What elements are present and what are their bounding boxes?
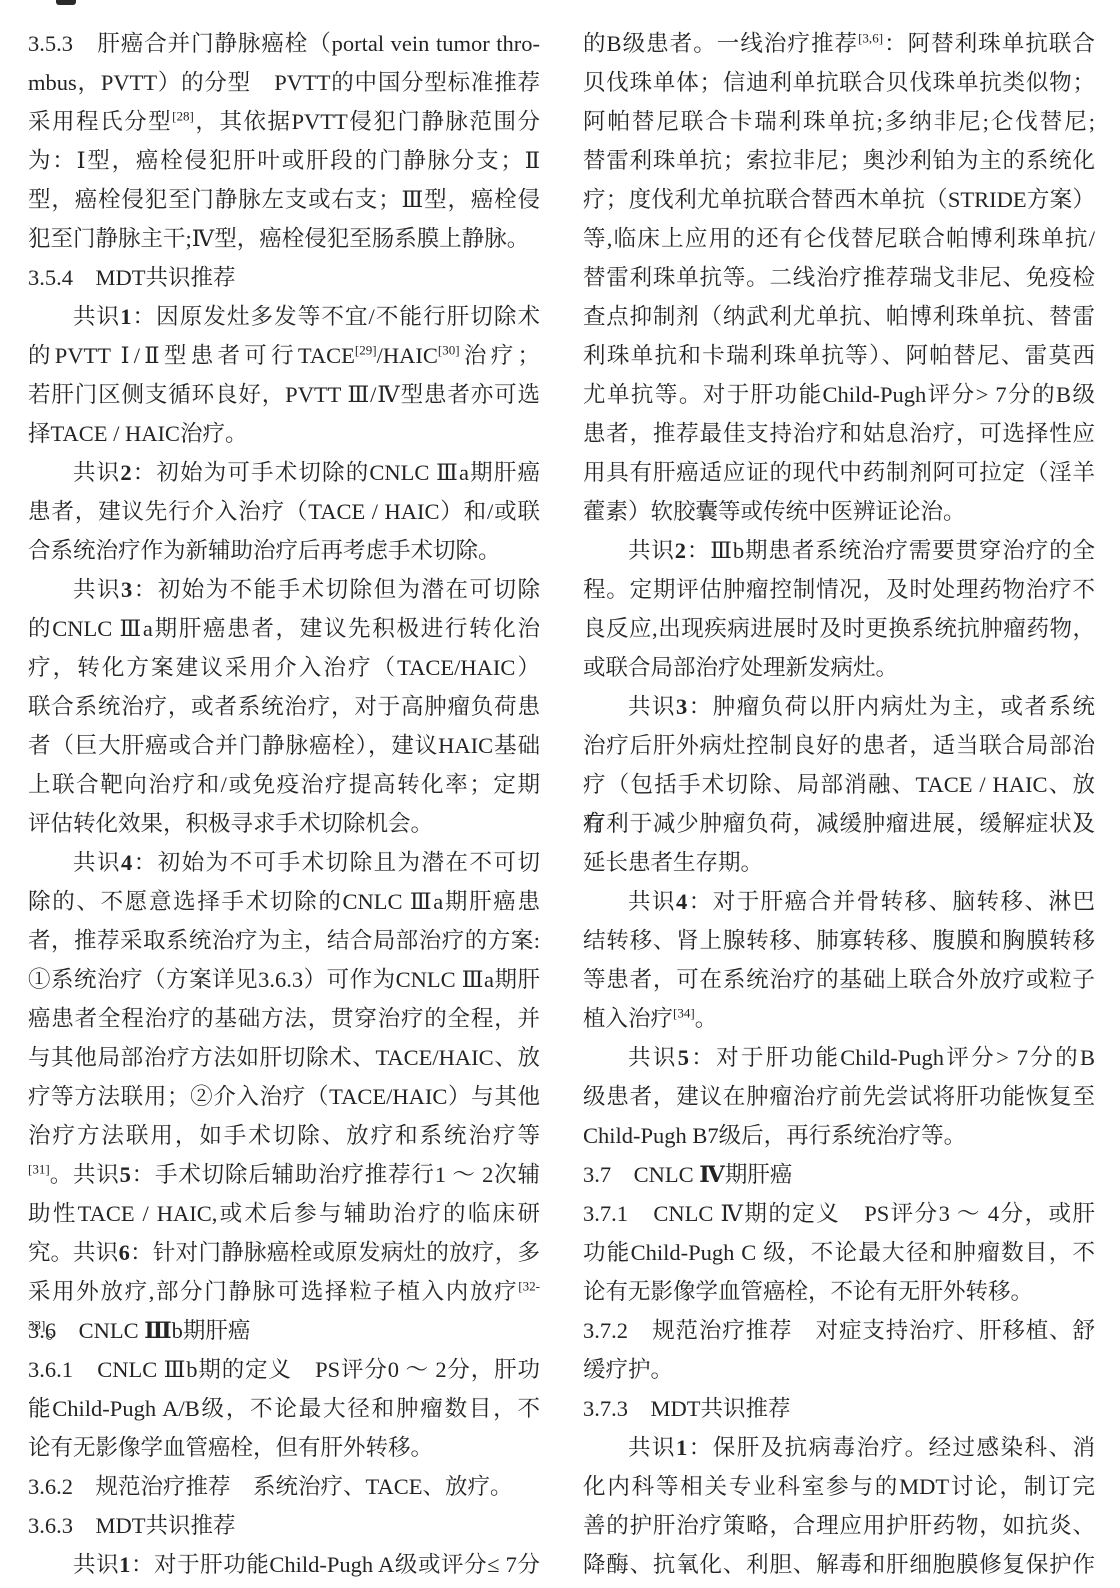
text-line: ①系统治疗（方案详见3.6.3）可作为CNLC Ⅲa期肝 [28, 960, 540, 999]
text-line: 疗；度伐利尤单抗联合替西木单抗（STRIDE方案） [583, 180, 1095, 219]
text-line: 的CNLC Ⅲa期肝癌患者，建议先积极进行转化治 [28, 609, 540, 648]
text-line: 疗等方法联用；②介入治疗（TACE/HAIC）与其他 [28, 1077, 540, 1116]
section-heading-line: 3.5.3 肝癌合并门静脉癌栓（portal vein tumor thro- [28, 24, 540, 63]
document-page: 3.5.3 肝癌合并门静脉癌栓（portal vein tumor thro-m… [0, 0, 1120, 1588]
text-line: 的PVTT Ⅰ/Ⅱ型患者可行TACE[29]/HAIC[30]治疗； [28, 336, 540, 375]
text-line: 贝伐珠单体；信迪利单抗联合贝伐珠单抗类似物； [583, 63, 1095, 102]
text-line: 化内科等相关专业科室参与的MDT讨论，制订完 [583, 1467, 1095, 1506]
section-heading-line: 3.6.1 CNLC Ⅲb期的定义 PS评分0 ～ 2分，肝功 [28, 1350, 540, 1389]
text-line: 藿素）软胶囊等或传统中医辨证论治。 [583, 492, 1095, 531]
text-line: 者（巨大肝癌或合并门静脉癌栓），建议HAIC基础 [28, 726, 540, 765]
section-heading-line: 3.7.2 规范治疗推荐 对症支持治疗、肝移植、舒 [583, 1311, 1095, 1350]
section-heading-line: 3.7.1 CNLC Ⅳ期的定义 PS评分3 ～ 4分，或肝 [583, 1194, 1095, 1233]
text-line: 共识2：Ⅲb期患者系统治疗需要贯穿治疗的全 [583, 531, 1095, 570]
text-line: 论有无影像学血管癌栓，不论有无肝外转移。 [583, 1272, 1095, 1311]
text-line: 联合系统治疗，或者系统治疗，对于高肿瘤负荷患 [28, 687, 540, 726]
text-line: 用具有肝癌适应证的现代中药制剂阿可拉定（淫羊 [583, 453, 1095, 492]
text-line: 尤单抗等。对于肝功能Child-Pugh评分> 7分的B级 [583, 375, 1095, 414]
text-line: 查点抑制剂（纳武利尤单抗、帕博利珠单抗、替雷 [583, 297, 1095, 336]
text-line: 共识2：初始为可手术切除的CNLC Ⅲa期肝癌 [28, 453, 540, 492]
text-line: 或联合局部治疗处理新发病灶。 [583, 648, 1095, 687]
text-line: 助性TACE / HAIC,或术后参与辅助治疗的临床研究。 [28, 1194, 540, 1233]
section-heading-line: 3.7 CNLC Ⅳ期肝癌 [583, 1155, 1095, 1194]
text-line: 患者，推荐最佳支持治疗和姑息治疗，可选择性应 [583, 414, 1095, 453]
text-line: 共识1：对于肝功能Child-Pugh A级或评分≤ 7分 [28, 1545, 540, 1584]
text-line: 级患者，建议在肿瘤治疗前先尝试将肝功能恢复至 [583, 1077, 1095, 1116]
text-line: 疗，转化方案建议采用介入治疗（TACE/HAIC） [28, 648, 540, 687]
text-line: 评估转化效果，积极寻求手术切除机会。 [28, 804, 540, 843]
text-line: 共识4：初始为不可手术切除且为潜在不可切 [28, 843, 540, 882]
column-left: 3.5.3 肝癌合并门静脉癌栓（portal vein tumor thro-m… [28, 24, 540, 1588]
text-line: 降酶、抗氧化、利胆、解毒和肝细胞膜修复保护作 [583, 1545, 1095, 1584]
page-crop-artifact [56, 0, 76, 5]
section-heading-line: 3.7.3 MDT共识推荐 [583, 1389, 1095, 1428]
text-line: 除的、不愿意选择手术切除的CNLC Ⅲa期肝癌患 [28, 882, 540, 921]
text-line: 阿帕替尼联合卡瑞利珠单抗;多纳非尼;仑伐替尼; [583, 102, 1095, 141]
text-line: 替雷利珠单抗等。二线治疗推荐瑞戈非尼、免疫检 [583, 258, 1095, 297]
text-line: 共识5：对于肝功能Child-Pugh评分> 7分的B [583, 1038, 1095, 1077]
text-line: 程。定期评估肿瘤控制情况，及时处理药物治疗不 [583, 570, 1095, 609]
text-line: 采用外放疗,部分门静脉可选择粒子植入内放疗[32-33]。 [28, 1272, 540, 1311]
column-right: 的B级患者。一线治疗推荐[3,6]：阿替利珠单抗联合贝伐珠单体；信迪利单抗联合贝… [583, 24, 1095, 1588]
text-line: 共识1：因原发灶多发等不宜/不能行肝切除术 [28, 297, 540, 336]
text-line: 良反应,出现疾病进展时及时更换系统抗肿瘤药物， [583, 609, 1095, 648]
text-line: 替雷利珠单抗；索拉非尼；奥沙利铂为主的系统化 [583, 141, 1095, 180]
text-line: 共识6：针对门静脉癌栓或原发病灶的放疗，多 [28, 1233, 540, 1272]
section-heading-line: 3.6 CNLC Ⅲb期肝癌 [28, 1311, 540, 1350]
text-line: 采用程氏分型[28]，其依据PVTT侵犯门静脉范围分 [28, 102, 540, 141]
text-line: Child-Pugh B7级后，再行系统治疗等。 [583, 1116, 1095, 1155]
text-line: 等患者，可在系统治疗的基础上联合外放疗或粒子 [583, 960, 1095, 999]
text-line: 犯至门静脉主干;Ⅳ型，癌栓侵犯至肠系膜上静脉。 [28, 219, 540, 258]
text-line: 共识1：保肝及抗病毒治疗。经过感染科、消 [583, 1428, 1095, 1467]
text-line: 植入治疗[34]。 [583, 999, 1095, 1038]
text-line: 的B级患者。一线治疗推荐[3,6]：阿替利珠单抗联合 [583, 24, 1095, 63]
text-line: 上联合靶向治疗和/或免疫治疗提高转化率；定期 [28, 765, 540, 804]
text-line: 若肝门区侧支循环良好，PVTT Ⅲ/Ⅳ型患者亦可选 [28, 375, 540, 414]
text-line: 型，癌栓侵犯至门静脉左支或右支；Ⅲ型，癌栓侵 [28, 180, 540, 219]
text-line: mbus，PVTT）的分型 PVTT的中国分型标准推荐 [28, 63, 540, 102]
text-line: 结转移、肾上腺转移、肺寡转移、腹膜和胸膜转移 [583, 921, 1095, 960]
text-line: 共识4：对于肝癌合并骨转移、脑转移、淋巴 [583, 882, 1095, 921]
text-line: 癌患者全程治疗的基础方法，贯穿治疗的全程，并 [28, 999, 540, 1038]
text-line: 能Child-Pugh A/B级，不论最大径和肿瘤数目，不 [28, 1389, 540, 1428]
text-line: 共识3：肿瘤负荷以肝内病灶为主，或者系统 [583, 687, 1095, 726]
text-line: 患者，建议先行介入治疗（TACE / HAIC）和/或联 [28, 492, 540, 531]
section-heading-line: 3.6.3 MDT共识推荐 [28, 1506, 540, 1545]
text-line: 利珠单抗和卡瑞利珠单抗等）、阿帕替尼、雷莫西 [583, 336, 1095, 375]
text-line: 治疗方法联用，如手术切除、放疗和系统治疗等[31]。 [28, 1116, 540, 1155]
text-line: 善的护肝治疗策略，合理应用护肝药物，如抗炎、 [583, 1506, 1095, 1545]
text-line: 合系统治疗作为新辅助治疗后再考虑手术切除。 [28, 531, 540, 570]
text-line: 疗（包括手术切除、局部消融、TACE / HAIC、放疗） [583, 765, 1095, 804]
text-line: 功能Child-Pugh C 级，不论最大径和肿瘤数目，不 [583, 1233, 1095, 1272]
text-line: 与其他局部治疗方法如肝切除术、TACE/HAIC、放 [28, 1038, 540, 1077]
section-heading-line: 3.5.4 MDT共识推荐 [28, 258, 540, 297]
text-line: 有利于减少肿瘤负荷，减缓肿瘤进展，缓解症状及 [583, 804, 1095, 843]
text-line: 等,临床上应用的还有仑伐替尼联合帕博利珠单抗/ [583, 219, 1095, 258]
text-line: 缓疗护。 [583, 1350, 1095, 1389]
text-line: 共识5：手术切除后辅助治疗推荐行1 ～ 2次辅 [28, 1155, 540, 1194]
text-line: 治疗后肝外病灶控制良好的患者，适当联合局部治 [583, 726, 1095, 765]
text-line: 共识3：初始为不能手术切除但为潜在可切除 [28, 570, 540, 609]
text-line: 延长患者生存期。 [583, 843, 1095, 882]
text-line: 为：Ⅰ型，癌栓侵犯肝叶或肝段的门静脉分支；Ⅱ [28, 141, 540, 180]
section-heading-line: 3.6.2 规范治疗推荐 系统治疗、TACE、放疗。 [28, 1467, 540, 1506]
text-line: 择TACE / HAIC治疗。 [28, 414, 540, 453]
text-line: 论有无影像学血管癌栓，但有肝外转移。 [28, 1428, 540, 1467]
text-line: 者，推荐采取系统治疗为主，结合局部治疗的方案: [28, 921, 540, 960]
